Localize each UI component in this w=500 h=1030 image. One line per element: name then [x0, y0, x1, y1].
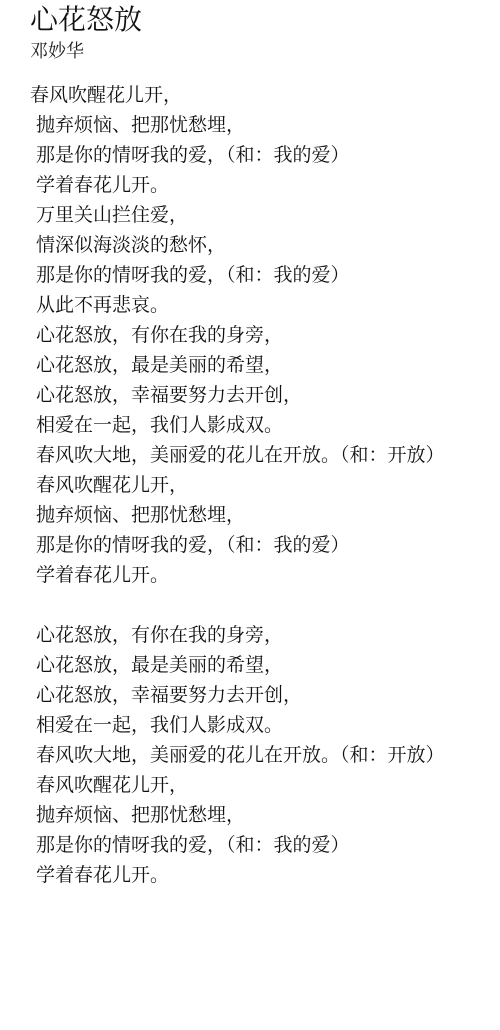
lyric-line: 学着春花儿开。 — [30, 860, 500, 890]
lyric-line: 学着春花儿开。 — [30, 170, 500, 200]
lyric-line: 抛弃烦恼、把那忧愁埋， — [30, 800, 500, 830]
lyric-line: 相爱在一起，我们人影成双。 — [30, 410, 500, 440]
lyric-line: 心花怒放，有你在我的身旁， — [30, 620, 500, 650]
lyric-line: 心花怒放，有你在我的身旁， — [30, 320, 500, 350]
lyric-line: 相爱在一起，我们人影成双。 — [30, 710, 500, 740]
lyric-line: 春风吹醒花儿开， — [30, 470, 500, 500]
lyric-line: 春风吹醒花儿开， — [30, 80, 500, 110]
song-title: 心花怒放 — [30, 2, 500, 38]
song-artist: 邓妙华 — [30, 40, 500, 64]
lyric-line: 情深似海淡淡的愁怀， — [30, 230, 500, 260]
lyric-line: 那是你的情呀我的爱，（和：我的爱） — [30, 830, 500, 860]
lyric-line: 从此不再悲哀。 — [30, 290, 500, 320]
lyric-line: 心花怒放，最是美丽的希望， — [30, 650, 500, 680]
lyric-line: 那是你的情呀我的爱，（和：我的爱） — [30, 530, 500, 560]
lyric-line: 心花怒放，幸福要努力去开创， — [30, 380, 500, 410]
lyric-line: 学着春花儿开。 — [30, 560, 500, 590]
lyric-line: 春风吹醒花儿开， — [30, 770, 500, 800]
lyric-line: 心花怒放，最是美丽的希望， — [30, 350, 500, 380]
lyrics-body: 春风吹醒花儿开， 抛弃烦恼、把那忧愁埋， 那是你的情呀我的爱，（和：我的爱） 学… — [30, 80, 500, 890]
lyric-line: 抛弃烦恼、把那忧愁埋， — [30, 110, 500, 140]
lyric-line: 那是你的情呀我的爱，（和：我的爱） — [30, 140, 500, 170]
lyric-line: 那是你的情呀我的爱，（和：我的爱） — [30, 260, 500, 290]
lyric-line: 万里关山拦住爱， — [30, 200, 500, 230]
lyric-line: 抛弃烦恼、把那忧愁埋， — [30, 500, 500, 530]
lyric-line: 春风吹大地，美丽爱的花儿在开放。（和：开放） — [30, 740, 500, 770]
lyric-line: 春风吹大地，美丽爱的花儿在开放。（和：开放） — [30, 440, 500, 470]
lyrics-page: 心花怒放 邓妙华 春风吹醒花儿开， 抛弃烦恼、把那忧愁埋， 那是你的情呀我的爱，… — [30, 0, 500, 890]
stanza-break — [30, 590, 500, 620]
lyric-line: 心花怒放，幸福要努力去开创， — [30, 680, 500, 710]
